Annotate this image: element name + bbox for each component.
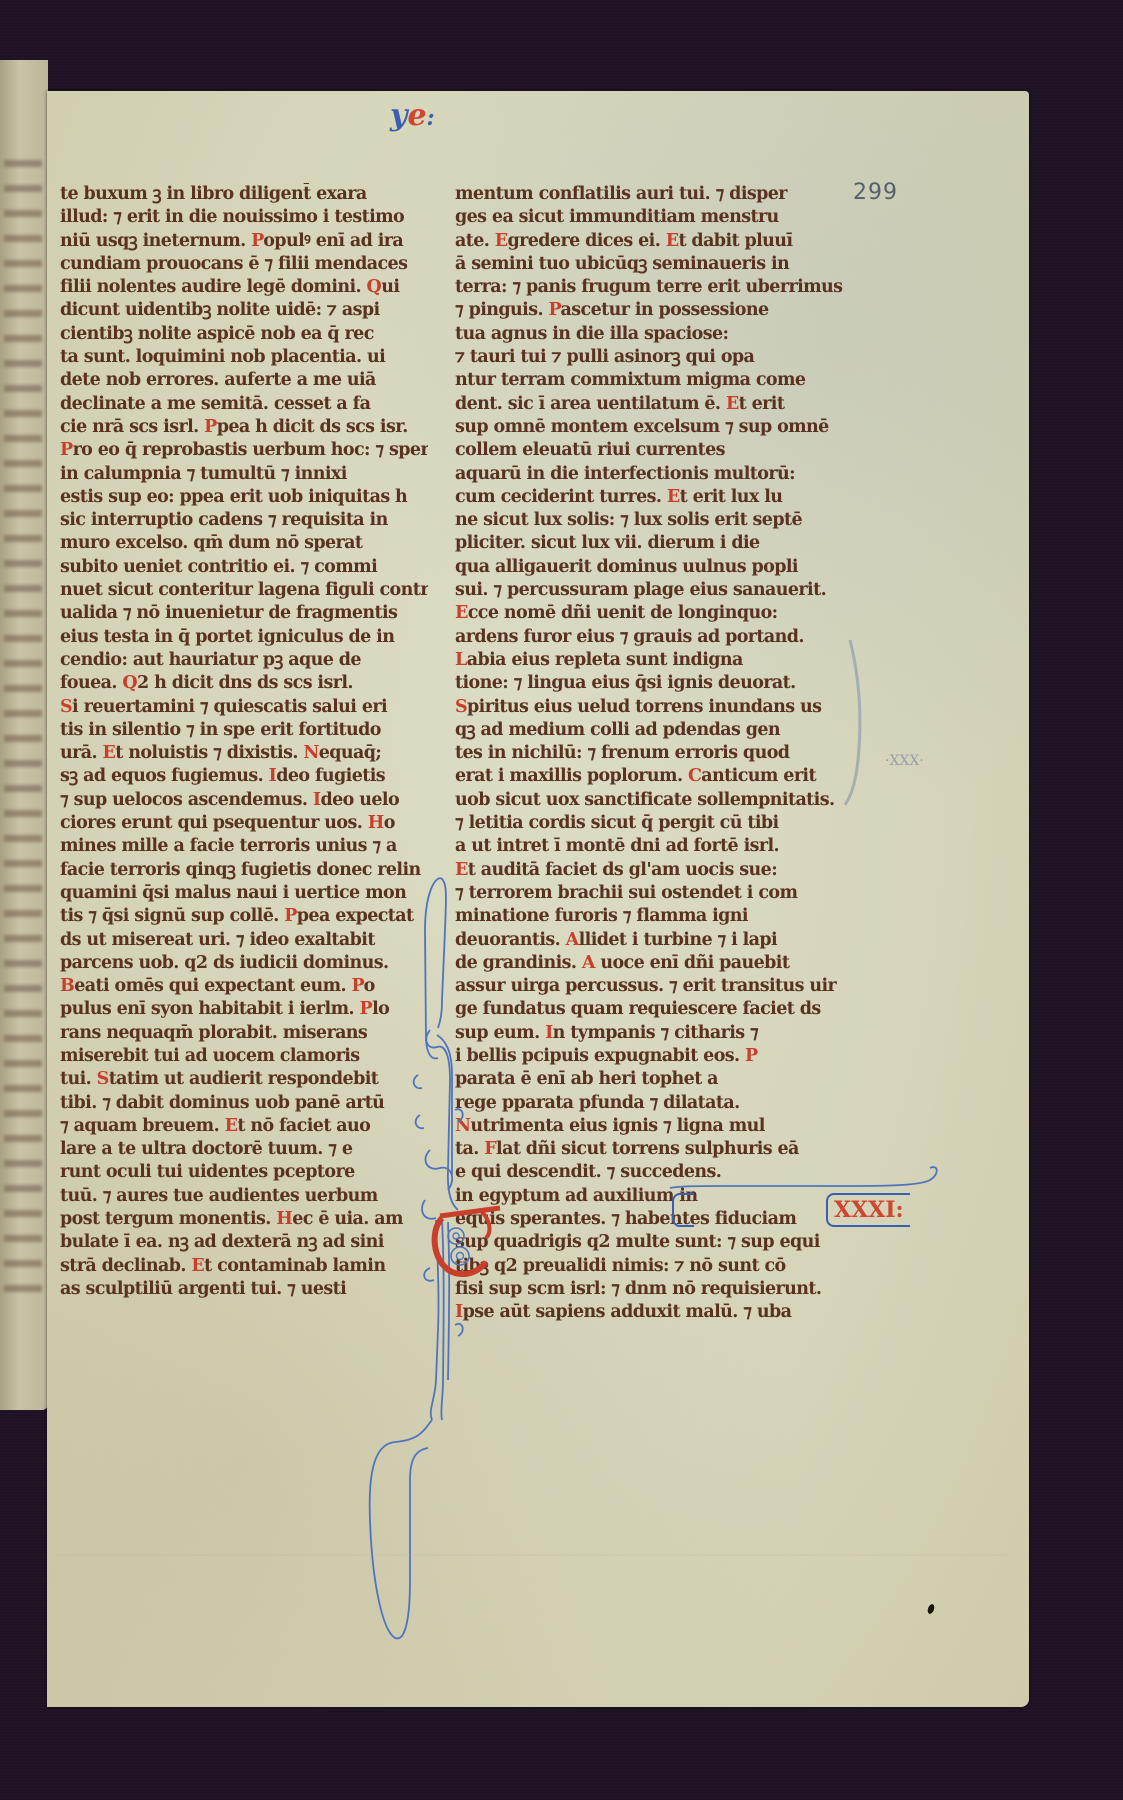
text-line: rege pparata pfunda ⁊ dilatata. bbox=[455, 1092, 845, 1115]
text-line: Pro eo q̄ reprobastis uerbum hoc: ⁊ sper… bbox=[60, 439, 428, 462]
text-line: ⁊ letitia cordis sicut q̄ pergit cū tibi bbox=[455, 812, 845, 835]
text-line: ⁊ pinguis. Pascetur in possessione bbox=[455, 299, 845, 322]
text-line: ciores erunt qui psequentur uos. Ho bbox=[60, 812, 428, 835]
text-line: ds ut misereat uri. ⁊ ideo exaltabit bbox=[60, 929, 428, 952]
text-line: cendio: aut hauriatur pꝫ aque de bbox=[60, 649, 428, 672]
text-line: tuū. ⁊ aures tue audientes uerbum bbox=[60, 1185, 428, 1208]
text-line: ⁊ terrorem brachii sui ostendet i com bbox=[455, 882, 845, 905]
text-line: pliciter. sicut lux vii. dierum i die bbox=[455, 532, 845, 555]
text-line: bulate ī ea. nꝫ ad dexterā nꝫ ad sini bbox=[60, 1231, 428, 1254]
text-line: Si reuertamini ⁊ quiescatis salui eri bbox=[60, 696, 428, 719]
text-line: qꝫ ad medium colli ad pdendas gen bbox=[455, 719, 845, 742]
text-line: collem eleuatū riui currentes bbox=[455, 439, 845, 462]
text-line: subito ueniet contritio ei. ⁊ commi bbox=[60, 556, 428, 579]
text-line: sic interruptio cadens ⁊ requisita in bbox=[60, 509, 428, 532]
text-line: post tergum monentis. Hec ē uia. am bbox=[60, 1208, 428, 1231]
text-column-left: te buxum ꝫ in libro diligent̄ exaraillud… bbox=[60, 183, 428, 1301]
text-line: tes in nichilū: ⁊ frenum erroris quod bbox=[455, 742, 845, 765]
text-line: a ut intret ī montē dni ad fortē isrl. bbox=[455, 835, 845, 858]
text-line: cundiam prouocans ē ⁊ filii mendaces bbox=[60, 253, 428, 276]
text-line: as sculptiliū argenti tui. ⁊ uesti bbox=[60, 1278, 428, 1301]
text-line: Et auditā faciet ds gl'am uocis sue: bbox=[455, 859, 845, 882]
text-line: Ipse aūt sapiens adduxit malū. ⁊ uba bbox=[455, 1301, 845, 1324]
running-head-colon: : bbox=[427, 105, 435, 131]
text-line: Ecce nomē dñi uenit de longinquo: bbox=[455, 602, 845, 625]
text-line: Labia eius repleta sunt indigna bbox=[455, 649, 845, 672]
text-line: eius testa in q̄ portet igniculus de in bbox=[60, 626, 428, 649]
text-line: cum ceciderint turres. Et erit lux lu bbox=[455, 486, 845, 509]
text-line: muro excelso. qm̄ dum nō sperat bbox=[60, 532, 428, 555]
text-line: tibi. ⁊ dabit dominus uob panē artū bbox=[60, 1092, 428, 1115]
text-line: niū usqꝫ ineternum. Populꝰ enī ad ira bbox=[60, 230, 428, 253]
text-line: nuet sicut conteritur lagena figuli cont… bbox=[60, 579, 428, 602]
text-line: strā declinab. Et contaminab lamin bbox=[60, 1255, 428, 1278]
text-line: ⁊ aquam breuem. Et nō faciet auo bbox=[60, 1115, 428, 1138]
text-line: sup omnē montem excelsum ⁊ sup omnē bbox=[455, 416, 845, 439]
text-line: mentum conflatilis auri tui. ⁊ disper bbox=[455, 183, 845, 206]
margin-chapter-note: ·XXX· bbox=[885, 753, 924, 769]
text-line: tione: ⁊ lingua eius q̄si ignis deuorat. bbox=[455, 672, 845, 695]
text-line: Nutrimenta eius ignis ⁊ ligna mul bbox=[455, 1115, 845, 1138]
text-line: i bellis pcipuis expugnabit eos. P bbox=[455, 1045, 845, 1068]
text-line: rans nequaqm̄ plorabit. miserans bbox=[60, 1022, 428, 1045]
text-line: de grandinis. A uoce enī dñi pauebit bbox=[455, 952, 845, 975]
text-line: sꝫ ad equos fugiemus. Ideo fugietis bbox=[60, 765, 428, 788]
running-head: ye: bbox=[390, 98, 435, 133]
text-line: urā. Et noluistis ⁊ dixistis. Nequaq̄; bbox=[60, 742, 428, 765]
text-line: tis ⁊ q̄si signū sup collē. Ppea expecta… bbox=[60, 905, 428, 928]
text-line: fouea. Q2 h dicit dns ds scs isrl. bbox=[60, 672, 428, 695]
text-line: te buxum ꝫ in libro diligent̄ exara bbox=[60, 183, 428, 206]
text-line: runt oculi tui uidentes pceptore bbox=[60, 1161, 428, 1184]
text-line: e qui descendit. ⁊ succedens. bbox=[455, 1161, 845, 1184]
text-line: quamini q̄si malus naui i uertice mon bbox=[60, 882, 428, 905]
running-head-y: y bbox=[390, 98, 407, 133]
text-line: dete nob errores. auferte a me uiā bbox=[60, 369, 428, 392]
text-line: cientibꝫ nolite aspicē nob ea q̄ rec bbox=[60, 323, 428, 346]
text-line: in egyptum ad auxilium in bbox=[455, 1185, 845, 1208]
text-line: cie nrā scs isrl. Ppea h dicit ds scs is… bbox=[60, 416, 428, 439]
text-line: ⁊ tauri tui ⁊ pulli asinorꝫ qui opa bbox=[455, 346, 845, 369]
text-line: Spiritus eius uelud torrens inundans us bbox=[455, 696, 845, 719]
text-line: ardens furor eius ⁊ grauis ad portand. bbox=[455, 626, 845, 649]
text-line: ualida ⁊ nō inuenietur de fragmentis bbox=[60, 602, 428, 625]
text-line: deuorantis. Allidet i turbine ⁊ i lapi bbox=[455, 929, 845, 952]
text-line: tui. Statim ut audierit respondebit bbox=[60, 1068, 428, 1091]
text-line: tibꝫ q2 preualidi nimis: ⁊ nō sunt cō bbox=[455, 1255, 845, 1278]
text-line: sui. ⁊ percussuram plage eius sanauerit. bbox=[455, 579, 845, 602]
text-line: lare a te ultra doctorē tuum. ⁊ e bbox=[60, 1138, 428, 1161]
text-line: qua alligauerit dominus uulnus popli bbox=[455, 556, 845, 579]
text-line: pulus enī syon habitabit i ierlm. Plo bbox=[60, 998, 428, 1021]
text-line: ges ea sicut immunditiam menstru bbox=[455, 206, 845, 229]
paragraph-mark-bracket bbox=[672, 1193, 694, 1227]
running-head-e: e bbox=[407, 98, 426, 133]
text-line: terra: ⁊ panis frugum terre erit uberrim… bbox=[455, 276, 845, 299]
text-line: facie terroris qinqꝫ fugietis donec reli… bbox=[60, 859, 428, 882]
text-line: filii nolentes audire legē domini. Qui bbox=[60, 276, 428, 299]
text-line: sup quadrigis q2 multe sunt: ⁊ sup equi bbox=[455, 1231, 845, 1254]
text-line: ā semini tuo ubicūqꝫ seminaueris in bbox=[455, 253, 845, 276]
text-line: tis in silentio ⁊ in spe erit fortitudo bbox=[60, 719, 428, 742]
text-line: in calumpnia ⁊ tumultū ⁊ innixi bbox=[60, 463, 428, 486]
text-line: fisi sup scm isrl: ⁊ dnm nō requisierunt… bbox=[455, 1278, 845, 1301]
facing-page-edge bbox=[0, 60, 48, 1410]
chapter-colon: : bbox=[896, 1197, 904, 1223]
text-line: estis sup eo: ppea erit uob iniquitas h bbox=[60, 486, 428, 509]
text-line: ta sunt. loquimini nob placentia. ui bbox=[60, 346, 428, 369]
text-line: aquarū in die interfectionis multorū: bbox=[455, 463, 845, 486]
text-line: tua agnus in die illa spaciose: bbox=[455, 323, 845, 346]
text-line: miserebit tui ad uocem clamoris bbox=[60, 1045, 428, 1068]
text-line: ⁊ sup uelocos ascendemus. Ideo uelo bbox=[60, 789, 428, 812]
chapter-number: XXXI: bbox=[826, 1193, 910, 1227]
text-line: ne sicut lux solis: ⁊ lux solis erit sep… bbox=[455, 509, 845, 532]
text-line: parcens uob. q2 ds iudicii dominus. bbox=[60, 952, 428, 975]
text-line: uob sicut uox sanctificate sollempnitati… bbox=[455, 789, 845, 812]
text-line: minatione furoris ⁊ flamma igni bbox=[455, 905, 845, 928]
text-line: ntur terram commixtum migma come bbox=[455, 369, 845, 392]
text-line: ge fundatus quam requiescere faciet ds bbox=[455, 998, 845, 1021]
chapter-number-text: XXXI bbox=[834, 1197, 896, 1223]
text-line: assur uirga percussus. ⁊ erit transitus … bbox=[455, 975, 845, 998]
text-line: illud: ⁊ erit in die nouissimo i testimo bbox=[60, 206, 428, 229]
text-line: erat i maxillis poplorum. Canticum erit bbox=[455, 765, 845, 788]
text-line: Beati omēs qui expectant eum. Po bbox=[60, 975, 428, 998]
text-line: parata ē enī ab heri tophet a bbox=[455, 1068, 845, 1091]
text-line: equis sperantes. ⁊ habentes fiduciam bbox=[455, 1208, 845, 1231]
text-line: dicunt uidentibꝫ nolite uidē: ⁊ aspi bbox=[60, 299, 428, 322]
text-line: dent. sic ī area uentilatum ē. Et erit bbox=[455, 393, 845, 416]
text-line: declinate a me semitā. cesset a fa bbox=[60, 393, 428, 416]
text-line: ta. Flat dñi sicut torrens sulphuris eā bbox=[455, 1138, 845, 1161]
text-line: ate. Egredere dices ei. Et dabit pluuī bbox=[455, 230, 845, 253]
text-line: sup eum. In tympanis ⁊ citharis ⁊ bbox=[455, 1022, 845, 1045]
text-line: mines mille a facie terroris unius ⁊ a bbox=[60, 835, 428, 858]
text-column-right: mentum conflatilis auri tui. ⁊ disperges… bbox=[455, 183, 845, 1325]
folio-number: 299 bbox=[853, 180, 898, 205]
